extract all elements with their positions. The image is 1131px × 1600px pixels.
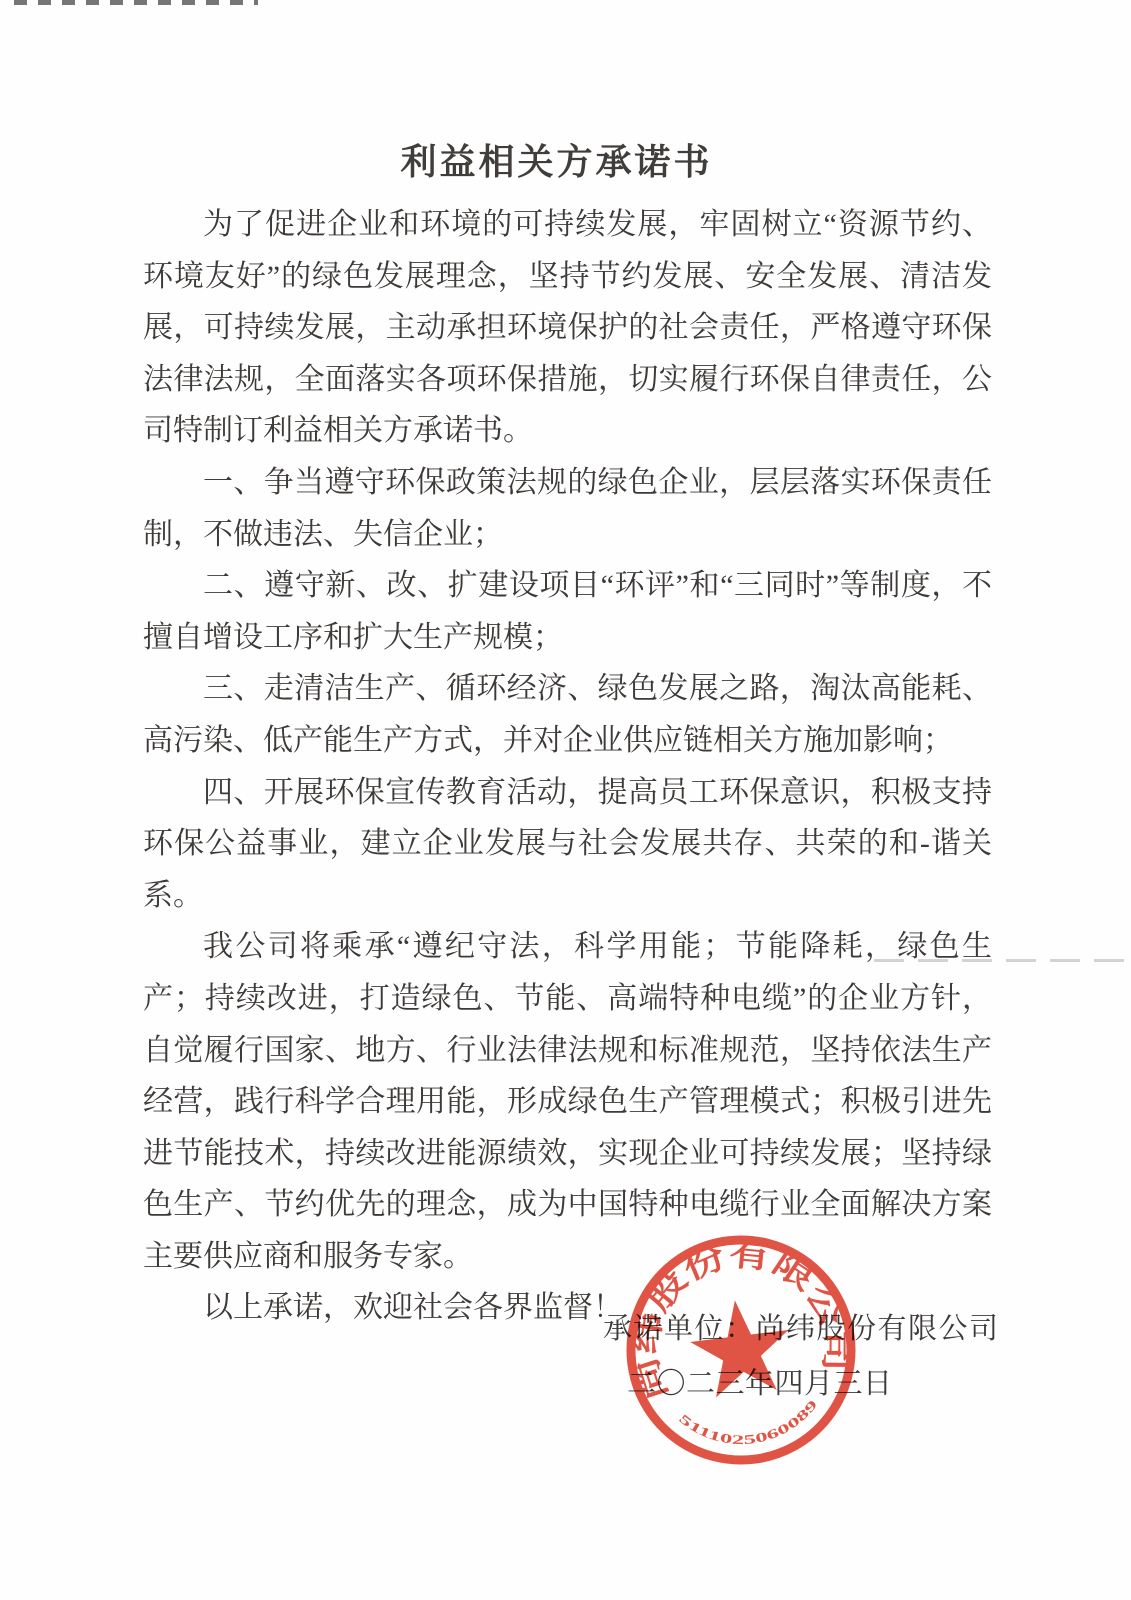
company-seal-stamp: 尚纬股份有限公司 5111025060089 xyxy=(621,1230,861,1470)
paragraph-item-3: 三、走清洁生产、循环经济、绿色发展之路，淘汰高能耗、高污染、低产能生产方式，并对… xyxy=(143,663,992,766)
paragraph-item-1: 一、争当遵守环保政策法规的绿色企业，层层落实环保责任制，不做违法、失信企业； xyxy=(143,457,992,560)
scan-artifact-top-edge xyxy=(14,0,258,5)
paragraph-item-2: 二、遵守新、改、扩建设项目“环评”和“三同时”等制度，不擅自增设工序和扩大生产规… xyxy=(143,560,992,663)
seal-star-icon xyxy=(686,1294,796,1399)
document-title: 利益相关方承诺书 xyxy=(0,134,1113,185)
paragraph-item-4: 四、开展环保宣传教育活动，提高员工环保意识，积极支持环保公益事业，建立企业发展与… xyxy=(143,767,992,922)
paragraph-policy: 我公司将乘承“遵纪守法，科学用能；节能降耗，绿色生产；持续改进，打造绿色、节能、… xyxy=(143,921,992,1282)
scan-artifact-faint-line xyxy=(874,959,1131,962)
paragraph-intro: 为了促进企业和环境的可持续发展，牢固树立“资源节约、环境友好”的绿色发展理念，坚… xyxy=(143,199,992,457)
document-body: 为了促进企业和环境的可持续发展，牢固树立“资源节约、环境友好”的绿色发展理念，坚… xyxy=(143,199,992,1334)
document-page: 利益相关方承诺书 为了促进企业和环境的可持续发展，牢固树立“资源节约、环境友好”… xyxy=(0,0,1131,1600)
